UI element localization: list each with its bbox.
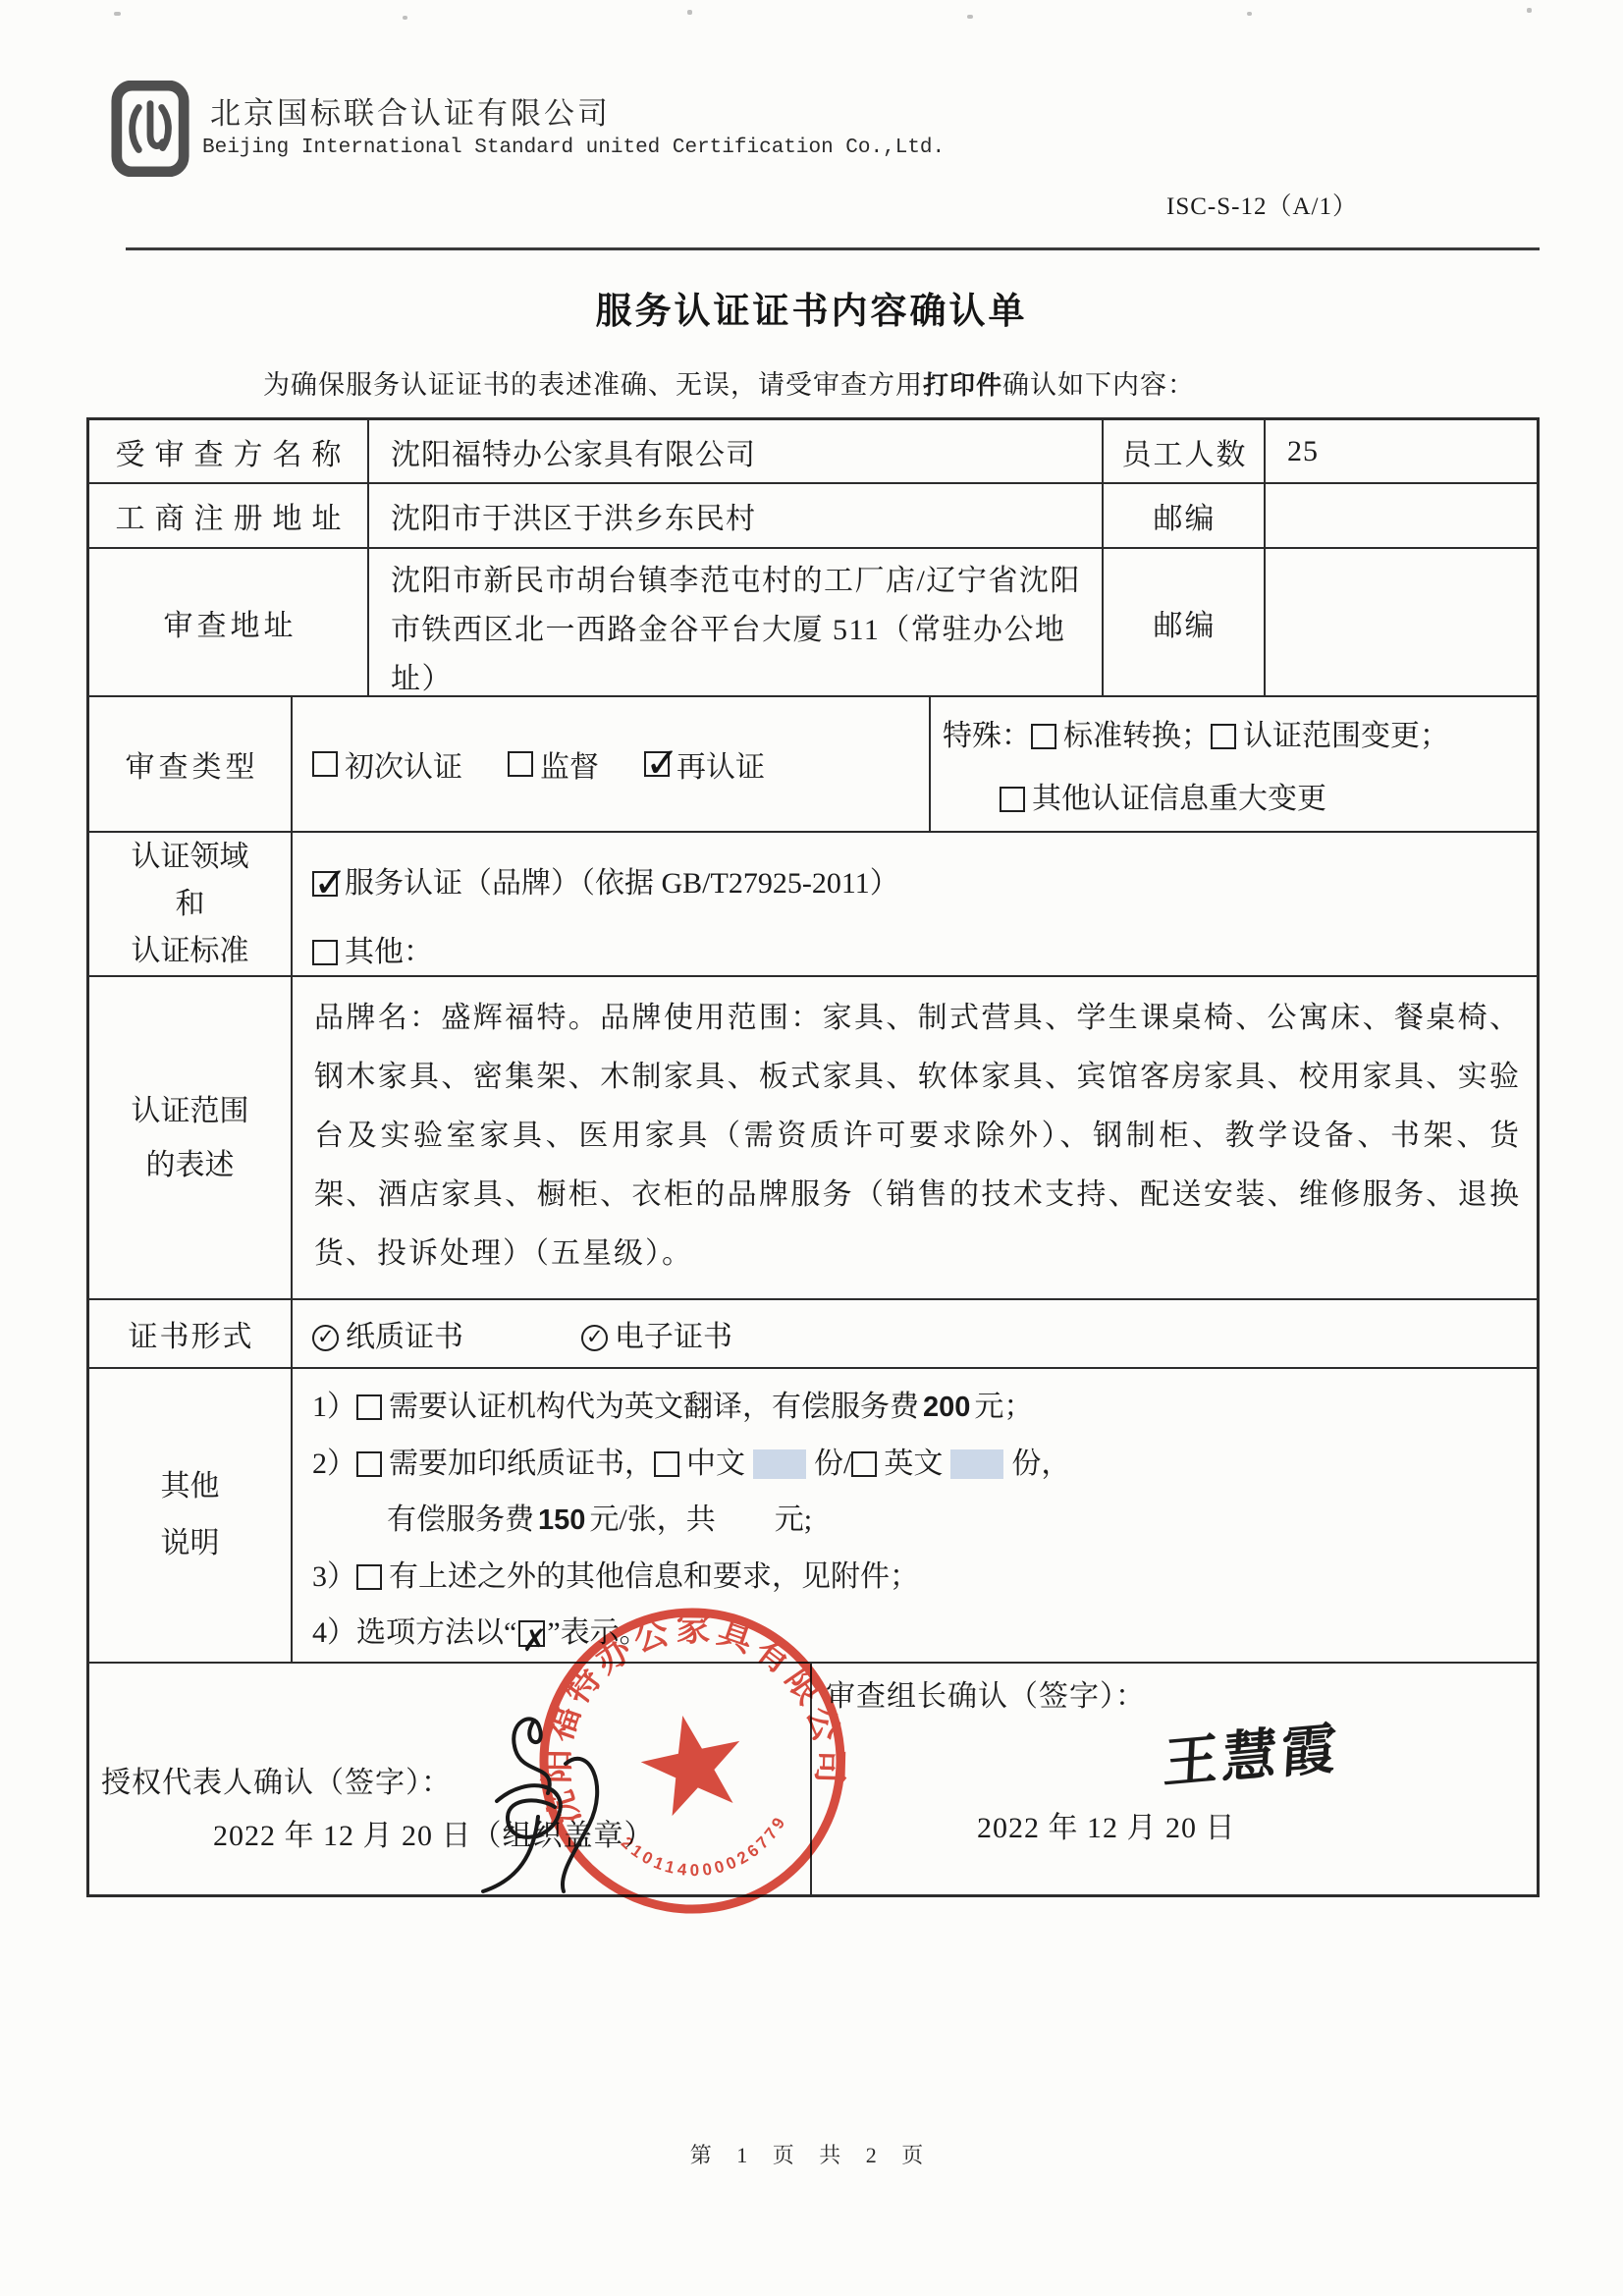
audit-leader-date: 2022 年 12 月 20 日	[977, 1803, 1236, 1846]
row-cert-field: 认证领域 和 认证标准 服务认证（品牌）（依据 GB/T27925-2011） …	[89, 833, 1537, 977]
registered-address-label: 工商注册地址	[89, 484, 369, 547]
checkbox-unchecked-icon	[508, 751, 533, 777]
row-scope: 认证范围 的表述 品牌名：盛辉福特。品牌使用范围：家具、制式营具、学生课桌椅、公…	[89, 977, 1537, 1300]
employees-value: 25	[1266, 420, 1537, 482]
checkbox-unchecked-icon	[1031, 724, 1056, 749]
option-paper-cert: 纸质证书	[312, 1312, 463, 1355]
employees-label: 员工人数	[1104, 420, 1266, 482]
fee-150: 150	[538, 1504, 585, 1536]
checkbox-unchecked-icon	[356, 1564, 382, 1590]
certifier-name-cn: 北京国标联合认证有限公司	[210, 88, 611, 133]
scan-speck	[1247, 12, 1252, 16]
registered-address-value: 沈阳市于洪区于洪乡东民村	[369, 484, 1104, 547]
checkbox-unchecked-icon	[1000, 787, 1025, 812]
postal-code-value	[1266, 484, 1537, 547]
audit-leader-signature: 王慧霞	[1162, 1705, 1342, 1799]
row-inspected-name: 受审查方名称 沈阳福特办公家具有限公司 员工人数 25	[89, 420, 1537, 484]
checkbox-unchecked-icon	[1211, 724, 1236, 749]
postal-code-value-2	[1266, 549, 1537, 695]
scan-speck	[403, 16, 407, 20]
checkbox-unchecked-icon	[312, 751, 338, 777]
audit-address-label: 审查地址	[89, 549, 369, 695]
scope-text: 品牌名：盛辉福特。品牌使用范围：家具、制式营具、学生课桌椅、公寓床、餐桌椅、钢木…	[293, 977, 1537, 1298]
special-line-2: 其他认证信息重大变更	[943, 774, 1529, 817]
cert-form-label: 证书形式	[89, 1300, 293, 1367]
postal-code-label: 邮编	[1104, 484, 1266, 547]
checkbox-unchecked-icon	[312, 940, 338, 965]
row-registered-address: 工商注册地址 沈阳市于洪区于洪乡东民村 邮编	[89, 484, 1537, 549]
note-item-1: 1）需要认证机构代为英文翻译，有偿服务费200元；	[312, 1379, 1537, 1436]
option-service-cert: 服务认证（品牌）（依据 GB/T27925-2011）	[312, 858, 1537, 902]
option-electronic-cert: 电子证书	[581, 1312, 732, 1355]
other-notes-label: 其他 说明	[89, 1369, 293, 1662]
authorized-rep-handwritten-signature	[440, 1707, 656, 1903]
option-initial-cert: 初次认证	[312, 742, 462, 786]
count-highlight-field	[753, 1449, 806, 1479]
checkbox-unchecked-icon	[654, 1451, 679, 1477]
scan-speck	[114, 12, 121, 16]
document-code: ISC-S-12（A/1）	[1166, 187, 1358, 222]
cert-field-options: 服务认证（品牌）（依据 GB/T27925-2011） 其他：	[293, 833, 1537, 975]
audit-leader-label: 审查组长确认（签字）：	[826, 1671, 1146, 1715]
checkbox-checked-icon	[644, 751, 670, 777]
option-other: 其他：	[312, 927, 1537, 970]
certifier-name-en: Beijing International Standard united Ce…	[202, 137, 945, 159]
checkbox-checked-icon	[312, 871, 338, 897]
checkbox-unchecked-icon	[356, 1451, 382, 1477]
header-rule	[126, 247, 1540, 250]
row-audit-address: 审查地址 沈阳市新民市胡台镇李范屯村的工厂店/辽宁省沈阳市铁西区北一西路金谷平台…	[89, 549, 1537, 697]
audit-type-special: 特殊：标准转换；认证范围变更； 其他认证信息重大变更	[931, 697, 1537, 831]
page-footer: 第 1 页 共 2 页	[0, 2139, 1623, 2169]
certifier-logo-icon	[110, 81, 190, 177]
audit-leader-cell: 审查组长确认（签字）： 王慧霞 2022 年 12 月 20 日	[812, 1664, 1537, 1894]
checkbox-unchecked-icon	[356, 1394, 382, 1420]
cert-field-label: 认证领域 和 认证标准	[89, 833, 293, 975]
special-line-1: 特殊：标准转换；认证范围变更；	[943, 711, 1529, 754]
circle-check-icon	[581, 1325, 608, 1351]
note-item-3: 3）有上述之外的其他信息和要求，见附件；	[312, 1549, 1537, 1605]
note-item-2b: 有偿服务费150元/张，共 元;	[312, 1492, 1537, 1549]
audit-address-value: 沈阳市新民市胡台镇李范屯村的工厂店/辽宁省沈阳市铁西区北一西路金谷平台大厦 51…	[369, 549, 1104, 695]
audit-type-label: 审查类型	[89, 697, 293, 831]
postal-code-label-2: 邮编	[1104, 549, 1266, 695]
other-notes-content: 1）需要认证机构代为英文翻译，有偿服务费200元； 2）需要加印纸质证书，中文份…	[293, 1369, 1537, 1662]
note-item-2: 2）需要加印纸质证书，中文份/英文份，	[312, 1436, 1537, 1492]
intro-pre: 为确保服务认证证书的表述准确、无误，请受审查方用	[263, 370, 923, 400]
scope-label: 认证范围 的表述	[89, 977, 293, 1298]
scan-speck	[967, 15, 973, 19]
intro-emphasis: 打印件	[923, 370, 1002, 400]
circle-check-icon	[312, 1325, 339, 1351]
row-cert-form: 证书形式 纸质证书 电子证书	[89, 1300, 1537, 1369]
inspected-name-label: 受审查方名称	[89, 420, 369, 482]
scan-speck	[687, 10, 692, 15]
intro-post: 确认如下内容：	[1002, 370, 1195, 400]
option-recert: 再认证	[644, 742, 765, 786]
inspected-name-value: 沈阳福特办公家具有限公司	[369, 420, 1104, 482]
note-item-4: 4）选项方法以“”表示。	[312, 1605, 1537, 1661]
authorized-rep-label: 授权代表人确认（签字）：	[101, 1758, 452, 1801]
cert-form-options: 纸质证书 电子证书	[293, 1300, 1537, 1367]
scan-speck	[1527, 8, 1532, 13]
fee-200: 200	[923, 1392, 970, 1423]
audit-type-options: 初次认证 监督 再认证	[293, 697, 931, 831]
intro-line: 为确保服务认证证书的表述准确、无误，请受审查方用打印件确认如下内容：	[263, 363, 1195, 402]
option-surveillance: 监督	[508, 742, 599, 786]
document-page: 北京国标联合认证有限公司 Beijing International Stand…	[0, 0, 1623, 2296]
page-title: 服务认证证书内容确认单	[0, 281, 1623, 334]
row-audit-type: 审查类型 初次认证 监督 再认证 特殊：标准转换；认证范围变更； 其他认证信息重…	[89, 697, 1537, 833]
checkbox-unchecked-icon	[851, 1451, 877, 1477]
count-highlight-field	[950, 1449, 1003, 1479]
